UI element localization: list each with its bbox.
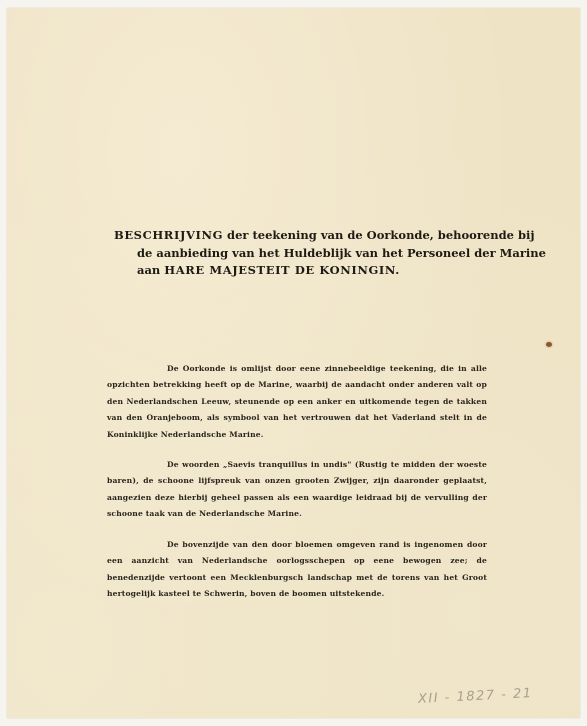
paragraph-2: De woorden „Saevis tranquillus in undis"… xyxy=(107,457,487,523)
paragraph-1-text: De Oorkonde is omlijst door eene zinnebe… xyxy=(107,364,487,439)
paragraph-3: De bovenzijde van den door bloemen omgev… xyxy=(107,537,487,603)
paragraph-2-text: De woorden „Saevis tranquillus in undis"… xyxy=(107,460,487,518)
heading-line-1: BESCHRIJVING der teekening van de Oorkon… xyxy=(114,227,494,245)
heading-addressee: HARE MAJESTEIT DE KONINGIN. xyxy=(164,263,400,277)
heading-line-2: de aanbieding van het Huldeblijk van het… xyxy=(114,245,494,263)
ink-stain-mark xyxy=(546,342,552,347)
heading-title-caps: BESCHRIJVING xyxy=(114,228,223,242)
heading-line-1-text: der teekening van de Oorkonde, behoorend… xyxy=(223,228,535,242)
document-heading: BESCHRIJVING der teekening van de Oorkon… xyxy=(114,227,494,280)
paragraph-3-text: De bovenzijde van den door bloemen omgev… xyxy=(107,540,487,598)
heading-line-3-prefix: aan xyxy=(137,263,164,277)
heading-line-3: aan HARE MAJESTEIT DE KONINGIN. xyxy=(114,262,494,280)
paragraph-1: De Oorkonde is omlijst door eene zinnebe… xyxy=(107,361,487,443)
